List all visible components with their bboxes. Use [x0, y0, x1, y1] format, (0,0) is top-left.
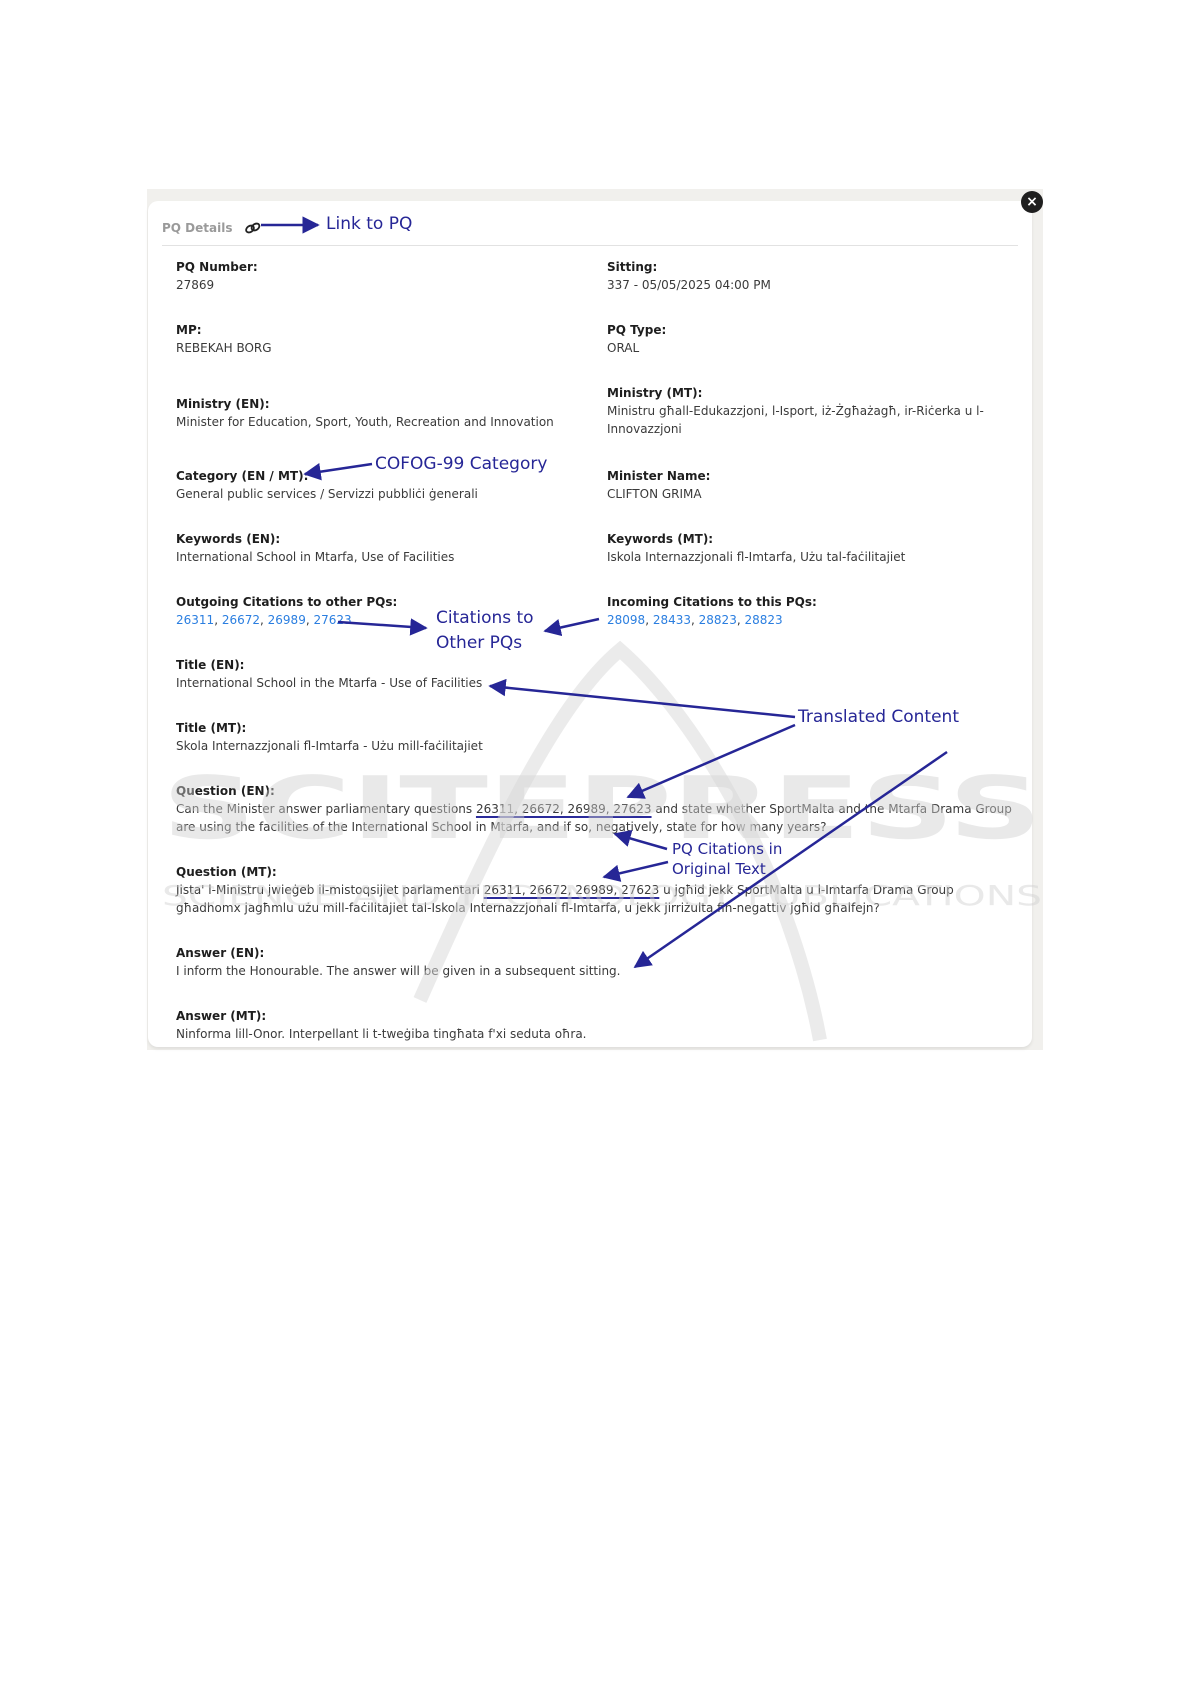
field-outgoing-citations: Outgoing Citations to other PQs: 26311, … — [176, 593, 397, 629]
label: Question (EN): — [176, 782, 1016, 800]
header-divider — [162, 245, 1018, 246]
annotation-citations-2: Other PQs — [436, 632, 522, 654]
label: Keywords (EN): — [176, 530, 454, 548]
annotation-link-to-pq: Link to PQ — [326, 213, 412, 235]
dialog-header: PQ Details — [162, 217, 262, 239]
label: PQ Type: — [607, 321, 666, 339]
label: Outgoing Citations to other PQs: — [176, 593, 397, 611]
value: 337 - 05/05/2025 04:00 PM — [607, 276, 771, 294]
cited-pqs: 26311, 26672, 26989, 27623 — [476, 802, 652, 816]
annotation-translated: Translated Content — [798, 706, 959, 728]
field-keywords-en: Keywords (EN): International School in M… — [176, 530, 454, 566]
label: Incoming Citations to this PQs: — [607, 593, 817, 611]
label: Ministry (EN): — [176, 395, 596, 413]
link-icon[interactable] — [244, 221, 262, 235]
annotation-pq-citations-2: Original Text — [672, 858, 766, 880]
label: Answer (EN): — [176, 944, 620, 962]
value: Minister for Education, Sport, Youth, Re… — [176, 413, 596, 431]
citation-link[interactable]: 26672 — [222, 613, 260, 627]
close-button[interactable]: × — [1021, 191, 1043, 213]
field-answer-mt: Answer (MT): Ninforma lill-Onor. Interpe… — [176, 1007, 587, 1043]
value: Skola Internazzjonali fl-Imtarfa - Użu m… — [176, 737, 483, 755]
label: Title (EN): — [176, 656, 482, 674]
outgoing-citation-links: 26311, 26672, 26989, 27623 — [176, 611, 397, 629]
value: International School in the Mtarfa - Use… — [176, 674, 482, 692]
annotation-citations-1: Citations to — [436, 607, 534, 629]
value: International School in Mtarfa, Use of F… — [176, 548, 454, 566]
dialog-title: PQ Details — [162, 221, 232, 235]
field-pq-number: PQ Number: 27869 — [176, 258, 258, 294]
value: ORAL — [607, 339, 666, 357]
field-ministry-mt: Ministry (MT): Ministru għall-Edukazzjon… — [607, 384, 1007, 438]
citation-link[interactable]: 28098 — [607, 613, 645, 627]
value: Jista' l-Ministru jwieġeb il-mistoqsijie… — [176, 881, 1016, 917]
value: General public services / Servizzi pubbl… — [176, 485, 478, 503]
label: Question (MT): — [176, 863, 1016, 881]
label: Ministry (MT): — [607, 384, 1007, 402]
field-sitting: Sitting: 337 - 05/05/2025 04:00 PM — [607, 258, 771, 294]
annotation-cofog: COFOG-99 Category — [375, 453, 547, 475]
value: CLIFTON GRIMA — [607, 485, 710, 503]
cited-pqs: 26311, 26672, 26989, 27623 — [484, 883, 660, 897]
pq-details-dialog: PQ Details PQ Number: 27869 Sitting: 337… — [148, 201, 1032, 1047]
field-pq-type: PQ Type: ORAL — [607, 321, 666, 357]
field-minister-name: Minister Name: CLIFTON GRIMA — [607, 467, 710, 503]
citation-link[interactable]: 28823 — [744, 613, 782, 627]
field-incoming-citations: Incoming Citations to this PQs: 28098, 2… — [607, 593, 817, 629]
value: I inform the Honourable. The answer will… — [176, 962, 620, 980]
close-icon: × — [1026, 194, 1038, 210]
label: MP: — [176, 321, 272, 339]
field-mp: MP: REBEKAH BORG — [176, 321, 272, 357]
value: Ninforma lill-Onor. Interpellant li t-tw… — [176, 1025, 587, 1043]
citation-link[interactable]: 28823 — [699, 613, 737, 627]
incoming-citation-links: 28098, 28433, 28823, 28823 — [607, 611, 817, 629]
label: Sitting: — [607, 258, 771, 276]
citation-link[interactable]: 26311 — [176, 613, 214, 627]
label: Minister Name: — [607, 467, 710, 485]
field-title-mt: Title (MT): Skola Internazzjonali fl-Imt… — [176, 719, 483, 755]
label: Keywords (MT): — [607, 530, 905, 548]
citation-link[interactable]: 26989 — [268, 613, 306, 627]
value: Iskola Internazzjonali fl-Imtarfa, Użu t… — [607, 548, 905, 566]
field-question-mt: Question (MT): Jista' l-Ministru jwieġeb… — [176, 863, 1016, 917]
field-answer-en: Answer (EN): I inform the Honourable. Th… — [176, 944, 620, 980]
citation-link[interactable]: 27623 — [313, 613, 351, 627]
value: REBEKAH BORG — [176, 339, 272, 357]
citation-link[interactable]: 28433 — [653, 613, 691, 627]
field-title-en: Title (EN): International School in the … — [176, 656, 482, 692]
label: Answer (MT): — [176, 1007, 587, 1025]
value: Can the Minister answer parliamentary qu… — [176, 800, 1016, 836]
field-ministry-en: Ministry (EN): Minister for Education, S… — [176, 395, 596, 431]
label: Title (MT): — [176, 719, 483, 737]
value: 27869 — [176, 276, 258, 294]
field-keywords-mt: Keywords (MT): Iskola Internazzjonali fl… — [607, 530, 905, 566]
value: Ministru għall-Edukazzjoni, l-Isport, iż… — [607, 402, 1007, 438]
annotation-pq-citations-1: PQ Citations in — [672, 838, 782, 860]
field-question-en: Question (EN): Can the Minister answer p… — [176, 782, 1016, 836]
label: PQ Number: — [176, 258, 258, 276]
